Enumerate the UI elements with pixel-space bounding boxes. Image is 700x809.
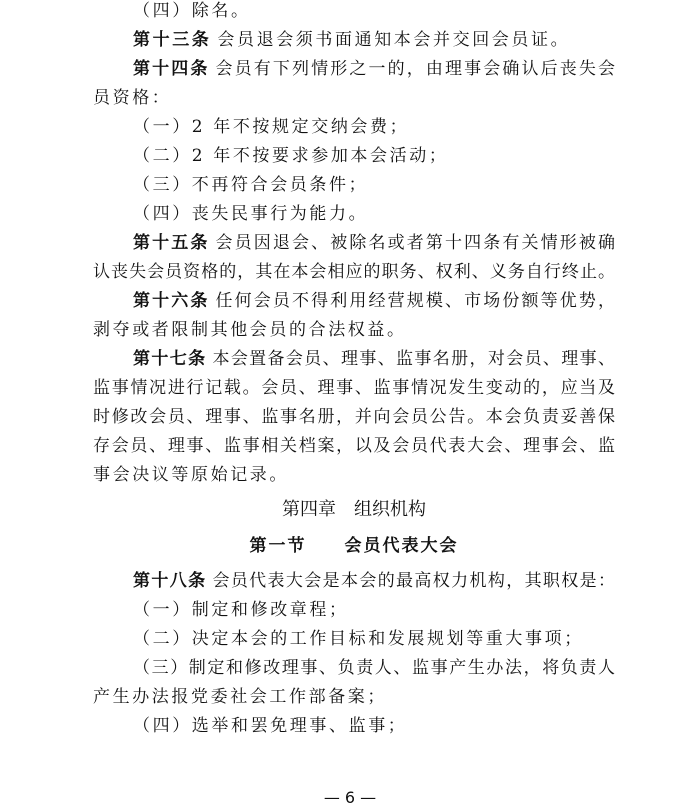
- article-number: 第十八条: [133, 571, 206, 591]
- text-line: 事会决议等原始记录。: [93, 464, 615, 486]
- line-text: （四）丧失民事行为能力。: [133, 204, 368, 224]
- line-text: 存会员、理事、监事相关档案，以及会员代表大会、理事会、监: [93, 436, 615, 456]
- article-number: 第十五条: [133, 233, 210, 253]
- text-line: （四）选举和罢免理事、监事；: [133, 715, 615, 737]
- text-line: （二）2 年不按要求参加本会活动；: [133, 145, 615, 167]
- line-text: 剥夺或者限制其他会员的合法权益。: [93, 320, 407, 340]
- line-text: 会员退会须书面通知本会并交回会员证。: [217, 30, 570, 50]
- article-number: 第十七条: [133, 349, 206, 369]
- text-line: 第十三条会员退会须书面通知本会并交回会员证。: [133, 29, 615, 51]
- text-line: 第十八条会员代表大会是本会的最高权力机构，其职权是：: [133, 570, 615, 592]
- text-line: 第十六条任何会员不得利用经营规模、市场份额等优势，: [133, 290, 615, 312]
- article-number: 第十四条: [133, 59, 210, 79]
- text-line: 监事情况进行记载。会员、理事、监事情况发生变动的，应当及: [93, 377, 615, 399]
- text-line: 产生办法报党委社会工作部备案；: [93, 686, 615, 708]
- text-line: 认丧失会员资格的，其在本会相应的职务、权利、义务自行终止。: [93, 261, 615, 283]
- text-line: 时修改会员、理事、监事名册，并向会员公告。本会负责妥善保: [93, 406, 615, 428]
- text-line: （四）除名。: [133, 0, 615, 22]
- line-text: （二）决定本会的工作目标和发展规划等重大事项；: [133, 629, 584, 649]
- line-text: （三）制定和修改理事、负责人、监事产生办法，将负责人: [133, 658, 615, 678]
- line-text: 员资格：: [93, 88, 171, 108]
- line-text: 会员因退会、被除名或者第十四条有关情形被确: [216, 233, 616, 253]
- page-number: — 6 —: [0, 788, 700, 808]
- line-text: （一）制定和修改章程；: [133, 600, 349, 620]
- line-text: 监事情况进行记载。会员、理事、监事情况发生变动的，应当及: [93, 378, 615, 398]
- line-text: 认丧失会员资格的，其在本会相应的职务、权利、义务自行终止。: [93, 262, 615, 282]
- line-text: 本会置备会员、理事、监事名册，对会员、理事、: [212, 349, 615, 369]
- text-line: （一）2 年不按规定交纳会费；: [133, 116, 615, 138]
- line-text: 事会决议等原始记录。: [93, 465, 289, 485]
- line-text: （一）2 年不按规定交纳会费；: [133, 117, 409, 137]
- chapter-title: 第四章 组织机构: [93, 499, 615, 521]
- line-text: （三）不再符合会员条件；: [133, 175, 368, 195]
- line-text: 时修改会员、理事、监事名册，并向会员公告。本会负责妥善保: [93, 407, 615, 427]
- text-line: 第十七条本会置备会员、理事、监事名册，对会员、理事、: [133, 348, 615, 370]
- text-line: 员资格：: [93, 87, 615, 109]
- text-line: （三）制定和修改理事、负责人、监事产生办法，将负责人: [133, 657, 615, 679]
- text-line: 第十五条会员因退会、被除名或者第十四条有关情形被确: [133, 232, 615, 254]
- line-text: 产生办法报党委社会工作部备案；: [93, 687, 387, 707]
- line-text: 会员有下列情形之一的，由理事会确认后丧失会: [216, 59, 616, 79]
- text-line: （三）不再符合会员条件；: [133, 174, 615, 196]
- article-number: 第十三条: [133, 30, 211, 50]
- article-number: 第十六条: [133, 291, 210, 311]
- text-line: （二）决定本会的工作目标和发展规划等重大事项；: [133, 628, 615, 650]
- text-line: 第十四条会员有下列情形之一的，由理事会确认后丧失会: [133, 58, 615, 80]
- line-text: （四）选举和罢免理事、监事；: [133, 716, 407, 736]
- line-text: 任何会员不得利用经营规模、市场份额等优势，: [216, 291, 616, 311]
- text-line: 存会员、理事、监事相关档案，以及会员代表大会、理事会、监: [93, 435, 615, 457]
- text-line: 剥夺或者限制其他会员的合法权益。: [93, 319, 615, 341]
- text-line: （一）制定和修改章程；: [133, 599, 615, 621]
- line-text: 会员代表大会是本会的最高权力机构，其职权是：: [212, 571, 615, 591]
- section-title: 第一节 会员代表大会: [93, 535, 615, 557]
- text-line: （四）丧失民事行为能力。: [133, 203, 615, 225]
- line-text: （二）2 年不按要求参加本会活动；: [133, 146, 448, 166]
- line-text: （四）除名。: [133, 1, 251, 21]
